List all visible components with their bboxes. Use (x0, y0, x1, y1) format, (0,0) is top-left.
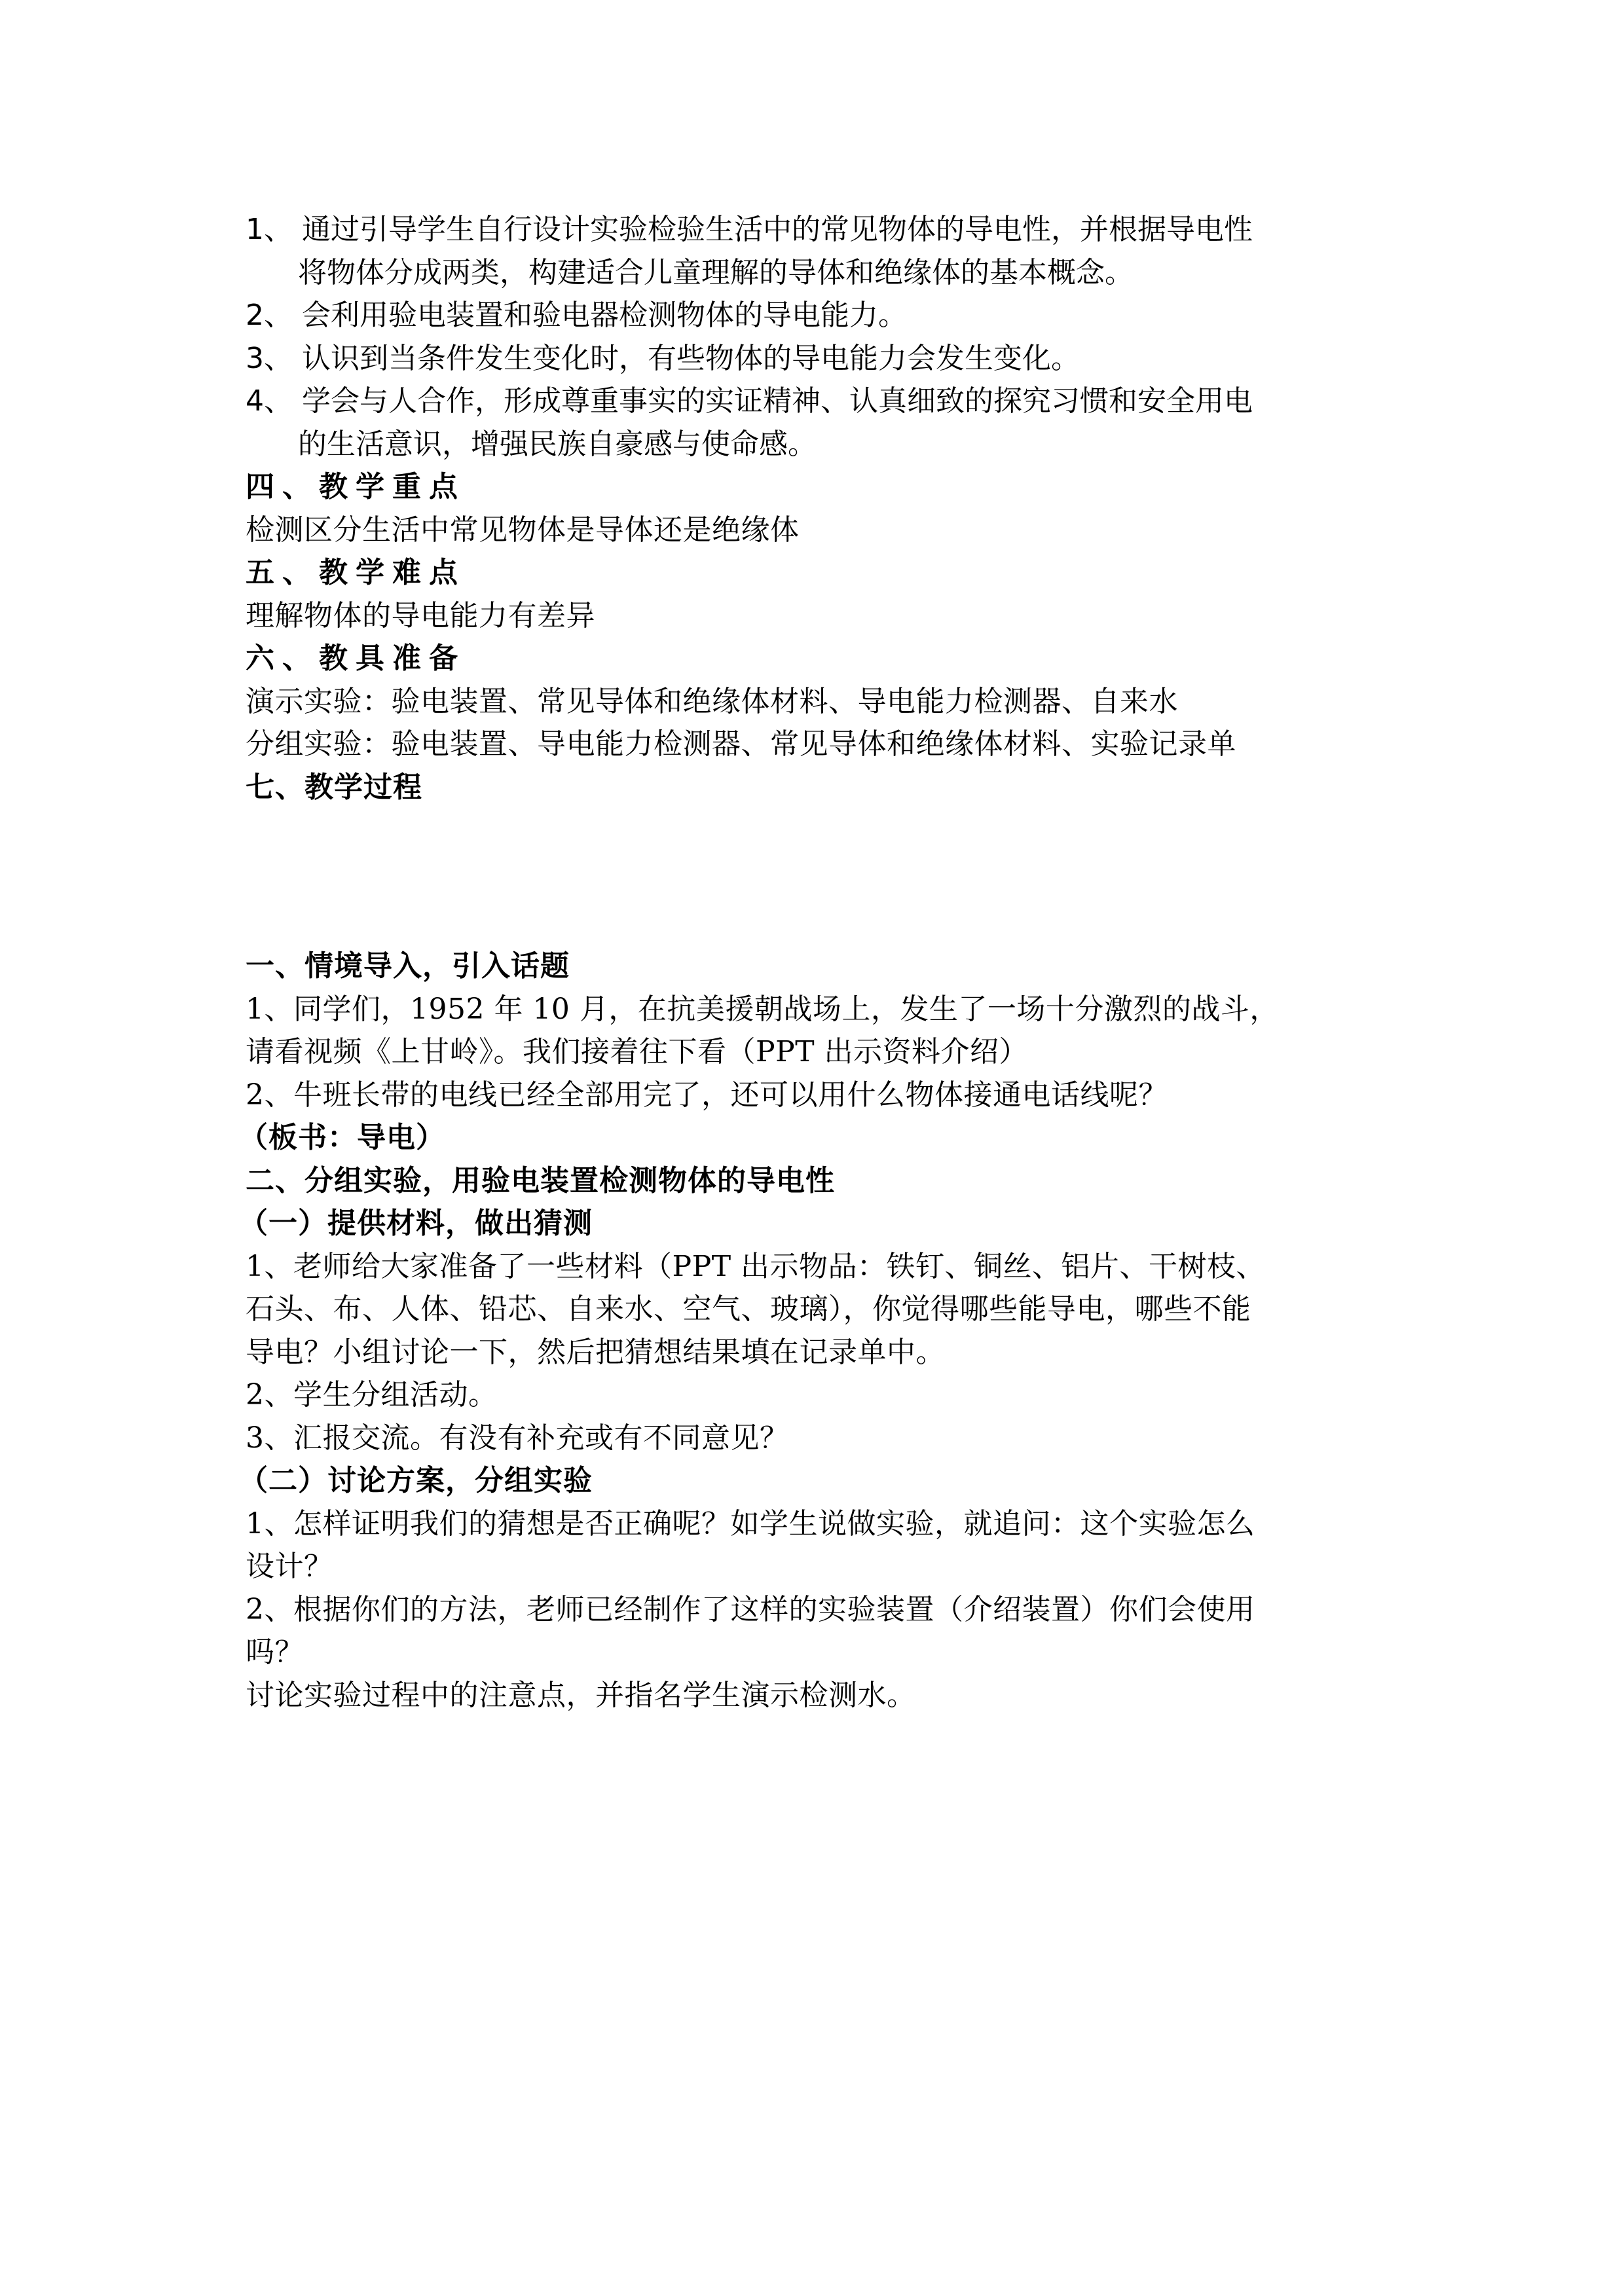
paragraph-line: 石头、布、人体、铅芯、自来水、空气、玻璃），你觉得哪些能导电，哪些不能 (246, 1288, 1388, 1331)
objectives-list: 1、通过引导学生自行设计实验检验生活中的常见物体的导电性，并根据导电性 将物体分… (246, 208, 1388, 465)
objective-text-line: 通过引导学生自行设计实验检验生活中的常见物体的导电性，并根据导电性 (302, 213, 1253, 246)
difficulty-heading: 五、教学难点 (246, 551, 1388, 594)
objective-text-line: 将物体分成两类，构建适合儿童理解的导体和绝缘体的基本概念。 (246, 251, 1388, 295)
paragraph-line: 1、老师给大家准备了一些材料（PPT 出示物品：铁钉、铜丝、铝片、干树枝、 (246, 1245, 1388, 1288)
materials-group: 分组实验：验电装置、导电能力检测器、常见导体和绝缘体材料、实验记录单 (246, 723, 1388, 766)
part1-item-2: 2、牛班长带的电线已经全部用完了，还可以用什么物体接通电话线呢？ (246, 1074, 1388, 1117)
difficulty-text: 理解物体的导电能力有差异 (246, 594, 1388, 638)
objective-number: 2、 (246, 294, 302, 337)
objective-number: 1、 (246, 208, 302, 251)
part2-sub1-item-3: 3、汇报交流。有没有补充或有不同意见？ (246, 1417, 1388, 1460)
part2-sub2-item-1: 1、怎样证明我们的猜想是否正确呢？如学生说做实验，就追问：这个实验怎么 设计？ (246, 1503, 1388, 1588)
part2-sub1-heading: （一）提供材料，做出猜测 (239, 1202, 1388, 1245)
paragraph-line: 设计？ (246, 1545, 1388, 1588)
materials-heading: 六、教具准备 (246, 637, 1388, 680)
objective-item-4: 4、学会与人合作，形成尊重事实的实证精神、认真细致的探究习惯和安全用电 的生活意… (246, 380, 1388, 465)
objective-item-1: 1、通过引导学生自行设计实验检验生活中的常见物体的导电性，并根据导电性 将物体分… (246, 208, 1388, 294)
objective-text-line: 的生活意识，增强民族自豪感与使命感。 (246, 423, 1388, 466)
objective-number: 4、 (246, 380, 302, 423)
objective-number: 3、 (246, 337, 302, 380)
objective-text-line: 会利用验电装置和验电器检测物体的导电能力。 (302, 299, 907, 332)
board-note: （板书：导电） (239, 1116, 1388, 1159)
paragraph-line: 1、同学们，1952 年 10 月，在抗美援朝战场上，发生了一场十分激烈的战斗， (246, 988, 1388, 1031)
objective-item-2: 2、会利用验电装置和验电器检测物体的导电能力。 (246, 294, 1388, 337)
key-point-heading: 四、教学重点 (246, 465, 1388, 509)
objective-text-line: 学会与人合作，形成尊重事实的实证精神、认真细致的探究习惯和安全用电 (302, 384, 1253, 418)
objective-item-3: 3、认识到当条件发生变化时，有些物体的导电能力会发生变化。 (246, 337, 1388, 380)
part2-heading: 二、分组实验，用验电装置检测物体的导电性 (246, 1159, 1388, 1203)
objective-text-line: 认识到当条件发生变化时，有些物体的导电能力会发生变化。 (302, 342, 1080, 375)
part1-item-1: 1、同学们，1952 年 10 月，在抗美援朝战场上，发生了一场十分激烈的战斗，… (246, 988, 1388, 1074)
part2-sub1-item-2: 2、学生分组活动。 (246, 1374, 1388, 1417)
materials-demo: 演示实验：验电装置、常见导体和绝缘体材料、导电能力检测器、自来水 (246, 680, 1388, 723)
paragraph-line: 1、怎样证明我们的猜想是否正确呢？如学生说做实验，就追问：这个实验怎么 (246, 1503, 1388, 1546)
part2-sub2-item-3: 讨论实验过程中的注意点，并指名学生演示检测水。 (246, 1674, 1388, 1717)
spacer (246, 809, 1388, 945)
paragraph-line: 吗？ (246, 1631, 1388, 1674)
process-heading: 七、教学过程 (246, 766, 1388, 809)
paragraph-line: 2、根据你们的方法，老师已经制作了这样的实验装置（介绍装置）你们会使用 (246, 1588, 1388, 1631)
paragraph-line: 请看视频《上甘岭》。我们接着往下看（PPT 出示资料介绍） (246, 1030, 1388, 1074)
paragraph-line: 导电？小组讨论一下，然后把猜想结果填在记录单中。 (246, 1331, 1388, 1374)
part2-sub1-item-1: 1、老师给大家准备了一些材料（PPT 出示物品：铁钉、铜丝、铝片、干树枝、 石头… (246, 1245, 1388, 1374)
part2-sub2-item-2: 2、根据你们的方法，老师已经制作了这样的实验装置（介绍装置）你们会使用 吗？ (246, 1588, 1388, 1674)
part1-heading: 一、情境导入，引入话题 (246, 945, 1388, 988)
document-page: 1、通过引导学生自行设计实验检验生活中的常见物体的导电性，并根据导电性 将物体分… (246, 208, 1388, 1717)
part2-sub2-heading: （二）讨论方案，分组实验 (239, 1459, 1388, 1503)
key-point-text: 检测区分生活中常见物体是导体还是绝缘体 (246, 509, 1388, 552)
